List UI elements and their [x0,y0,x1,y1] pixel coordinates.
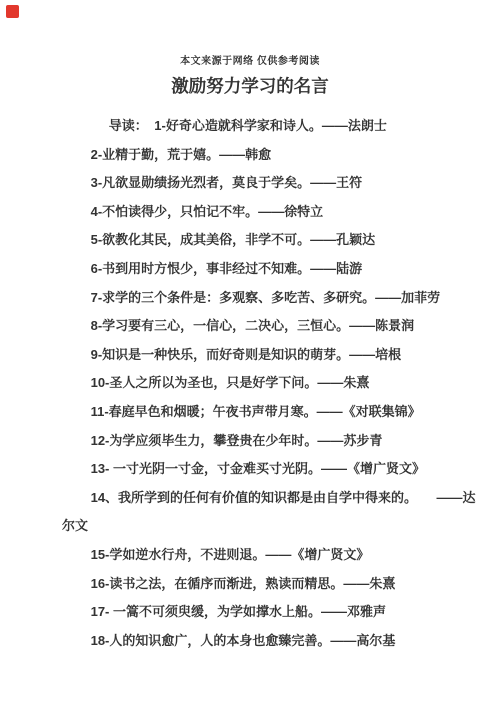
quote-line-15: 15-学如逆水行舟，不进则退。——《增广贤文》 [62,541,445,570]
quote-line-14: 14、我所学到的任何有价值的知识都是由自学中得来的。 ——达 [62,484,445,513]
quote-line-7: 7-求学的三个条件是：多观察、多吃苦、多研究。——加菲劳 [62,284,445,313]
quote-line-2: 2-业精于勤，荒于嬉。——韩愈 [62,141,445,170]
quote-line-3: 3-凡欲显勋绩扬光烈者，莫良于学矣。——王符 [62,169,445,198]
quote-line-6: 6-书到用时方恨少，事非经过不知难。——陆游 [62,255,445,284]
quotes-list: 导读： 1-好奇心造就科学家和诗人。——法朗士 2-业精于勤，荒于嬉。——韩愈 … [62,112,445,655]
quote-line-5: 5-欲教化其民，成其美俗，非学不可。——孔颖达 [62,226,445,255]
page-title: 激励努力学习的名言 [0,73,500,98]
red-badge-icon [6,5,19,18]
quote-line-13: 13- 一寸光阴一寸金，寸金难买寸光阴。——《增广贤文》 [62,455,445,484]
document-page: 本文来源于网络 仅供参考阅读 激励努力学习的名言 导读： 1-好奇心造就科学家和… [0,0,500,708]
quote-line-18: 18-人的知识愈广，人的本身也愈臻完善。——高尔基 [62,627,445,656]
quote-line-11: 11-春庭早色和烟暖；午夜书声带月寒。——《对联集锦》 [62,398,445,427]
quote-line-8: 8-学习要有三心，一信心，二决心，三恒心。——陈景润 [62,312,445,341]
quote-line-9: 9-知识是一种快乐，而好奇则是知识的萌芽。——培根 [62,341,445,370]
quote-line-10: 10-圣人之所以为圣也，只是好学下问。——朱熹 [62,369,445,398]
quote-line-4: 4-不怕读得少，只怕记不牢。——徐特立 [62,198,445,227]
lead-paragraph: 导读： 1-好奇心造就科学家和诗人。——法朗士 [62,112,445,141]
source-note: 本文来源于网络 仅供参考阅读 [0,0,500,67]
quote-line-12: 12-为学应须毕生力，攀登贵在少年时。——苏步青 [62,427,445,456]
quote-line-14-continuation: 尔文 [62,512,445,541]
quote-line-16: 16-读书之法，在循序而渐进，熟读而精思。——朱熹 [62,570,445,599]
quote-line-17: 17- 一篙不可须臾缓，为学如撑水上船。——邓雅声 [62,598,445,627]
